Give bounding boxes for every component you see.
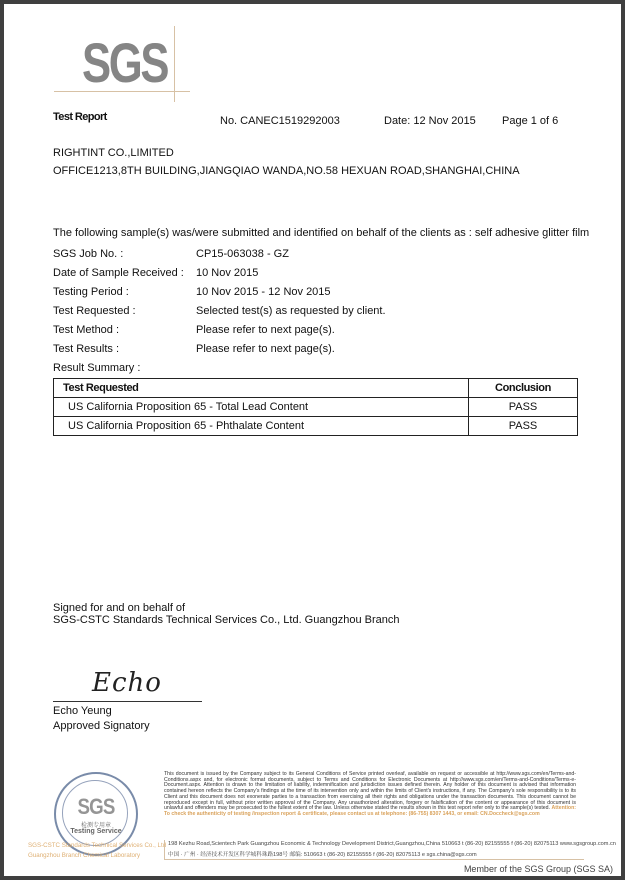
signoff-line2: SGS-CSTC Standards Technical Services Co… — [53, 614, 399, 626]
sgs-logo: SGS — [54, 26, 194, 96]
field-label: Test Requested : — [53, 305, 136, 317]
address-english: 198 Kezhu Road,Scientech Park Guangzhou … — [168, 841, 616, 847]
signatory-role: Approved Signatory — [53, 720, 150, 732]
client-name: RIGHTINT CO.,LIMITED — [53, 147, 174, 159]
test-name-cell: US California Proposition 65 - Phthalate… — [54, 417, 469, 436]
lab-name-line1: SGS-CSTC Standards Technical Services Co… — [28, 842, 166, 849]
report-date: Date: 12 Nov 2015 — [384, 115, 476, 127]
client-address: OFFICE1213,8TH BUILDING,JIANGQIAO WANDA,… — [53, 165, 520, 177]
lab-name-line2: Guangzhou Branch Chemical Laboratory — [28, 852, 140, 859]
field-label: Date of Sample Received : — [53, 267, 184, 279]
stamp-service-label: Testing Service — [56, 828, 136, 835]
signoff-line1: Signed for and on behalf of — [53, 602, 185, 614]
sgs-group-member: Member of the SGS Group (SGS SA) — [464, 864, 613, 874]
fine-print-text: This document is issued by the Company s… — [164, 771, 576, 811]
field-value: CP15-063038 - GZ — [196, 248, 289, 260]
field-value: 10 Nov 2015 - 12 Nov 2015 — [196, 286, 331, 298]
table-header-row: Test Requested Conclusion — [54, 379, 578, 398]
sample-intro: The following sample(s) was/were submitt… — [53, 227, 589, 239]
report-number: No. CANEC1519292003 — [220, 115, 340, 127]
column-header-test: Test Requested — [54, 379, 469, 398]
field-value: Selected test(s) as requested by client. — [196, 305, 386, 317]
field-label: Test Method : — [53, 324, 119, 336]
table-row: US California Proposition 65 - Phthalate… — [54, 417, 578, 436]
field-value: Please refer to next page(s). — [196, 324, 335, 336]
field-label: SGS Job No. : — [53, 248, 123, 260]
logo-rule-horizontal — [54, 91, 190, 92]
legal-fine-print: This document is issued by the Company s… — [164, 772, 576, 818]
address-chinese: 中国 · 广州 · 经济技术开发区科学城科珠路198号 邮编: 510663 t… — [168, 850, 477, 858]
stamp-logo: SGS — [62, 794, 130, 820]
table-row: US California Proposition 65 - Total Lea… — [54, 398, 578, 417]
field-label: Test Results : — [53, 343, 119, 355]
footer-rule-vertical — [164, 840, 165, 860]
field-value: 10 Nov 2015 — [196, 267, 258, 279]
result-summary-table: Test Requested Conclusion US California … — [53, 378, 578, 436]
column-header-conclusion: Conclusion — [469, 379, 578, 398]
sgs-logo-text: SGS — [82, 30, 167, 95]
handwritten-signature: Echo — [92, 668, 162, 698]
signature-line — [53, 701, 202, 702]
report-title: Test Report — [53, 111, 107, 123]
signatory-name: Echo Yeung — [53, 705, 112, 717]
footer-rule-horizontal — [164, 859, 584, 860]
test-name-cell: US California Proposition 65 - Total Lea… — [54, 398, 469, 417]
field-value: Please refer to next page(s). — [196, 343, 335, 355]
page-indicator: Page 1 of 6 — [502, 115, 558, 127]
document-page: SGS Test Report No. CANEC1519292003 Date… — [4, 4, 621, 876]
conclusion-cell: PASS — [469, 398, 578, 417]
conclusion-cell: PASS — [469, 417, 578, 436]
field-label: Testing Period : — [53, 286, 129, 298]
result-summary-label: Result Summary : — [53, 362, 140, 374]
logo-rule-vertical — [174, 26, 175, 102]
